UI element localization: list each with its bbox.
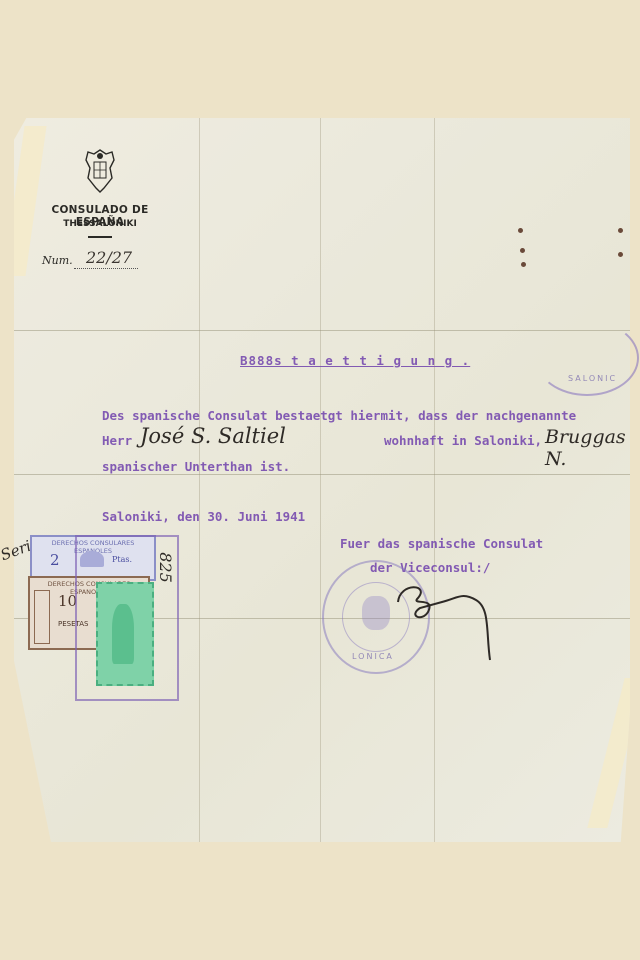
fold-line	[320, 118, 321, 842]
viceconsul-signature	[390, 572, 510, 664]
tape-strip	[587, 678, 640, 828]
fold-line	[14, 330, 630, 331]
seal-eagle-icon	[362, 596, 390, 630]
fold-line	[434, 118, 435, 842]
seal-text-bottom: LONICA	[352, 652, 394, 661]
fold-line	[14, 474, 630, 475]
num-value: 22/27	[86, 248, 132, 267]
pin-hole	[518, 228, 523, 233]
body-line-3: spanischer Unterthan ist.	[102, 459, 290, 474]
body-line-1: Des spanische Consulat bestaetgt hiermit…	[102, 408, 576, 423]
body-line-2-prefix: Herr	[102, 433, 132, 448]
num-label: Num.	[42, 254, 73, 267]
stamp-value: 2	[50, 551, 60, 569]
consulate-seal-partial	[535, 320, 639, 396]
document-title: B888s t a e t t i g u n g .	[240, 353, 470, 368]
handwritten-name: José S. Saltiel	[140, 424, 286, 448]
consulate-city: Thessaloniki	[30, 219, 170, 229]
header-divider	[88, 236, 112, 238]
date-line: Saloniki, den 30. Juni 1941	[102, 509, 305, 524]
column-ornament-icon	[34, 590, 50, 644]
handwritten-address: Bruggas N.	[545, 426, 640, 470]
pin-hole	[618, 252, 623, 257]
signature-line-1: Fuer das spanische Consulat	[340, 536, 543, 551]
num-underline	[74, 268, 138, 269]
cancellation-stamp-box	[75, 535, 179, 701]
fold-line	[199, 118, 200, 842]
pin-hole	[521, 262, 526, 267]
tape-strip	[3, 126, 46, 276]
pin-hole	[618, 228, 623, 233]
coat-of-arms-icon	[82, 148, 118, 194]
pin-hole	[520, 248, 525, 253]
seal-text: SALONIC	[568, 374, 617, 383]
body-line-2-mid: wohnhaft in Saloniki,	[384, 433, 542, 448]
